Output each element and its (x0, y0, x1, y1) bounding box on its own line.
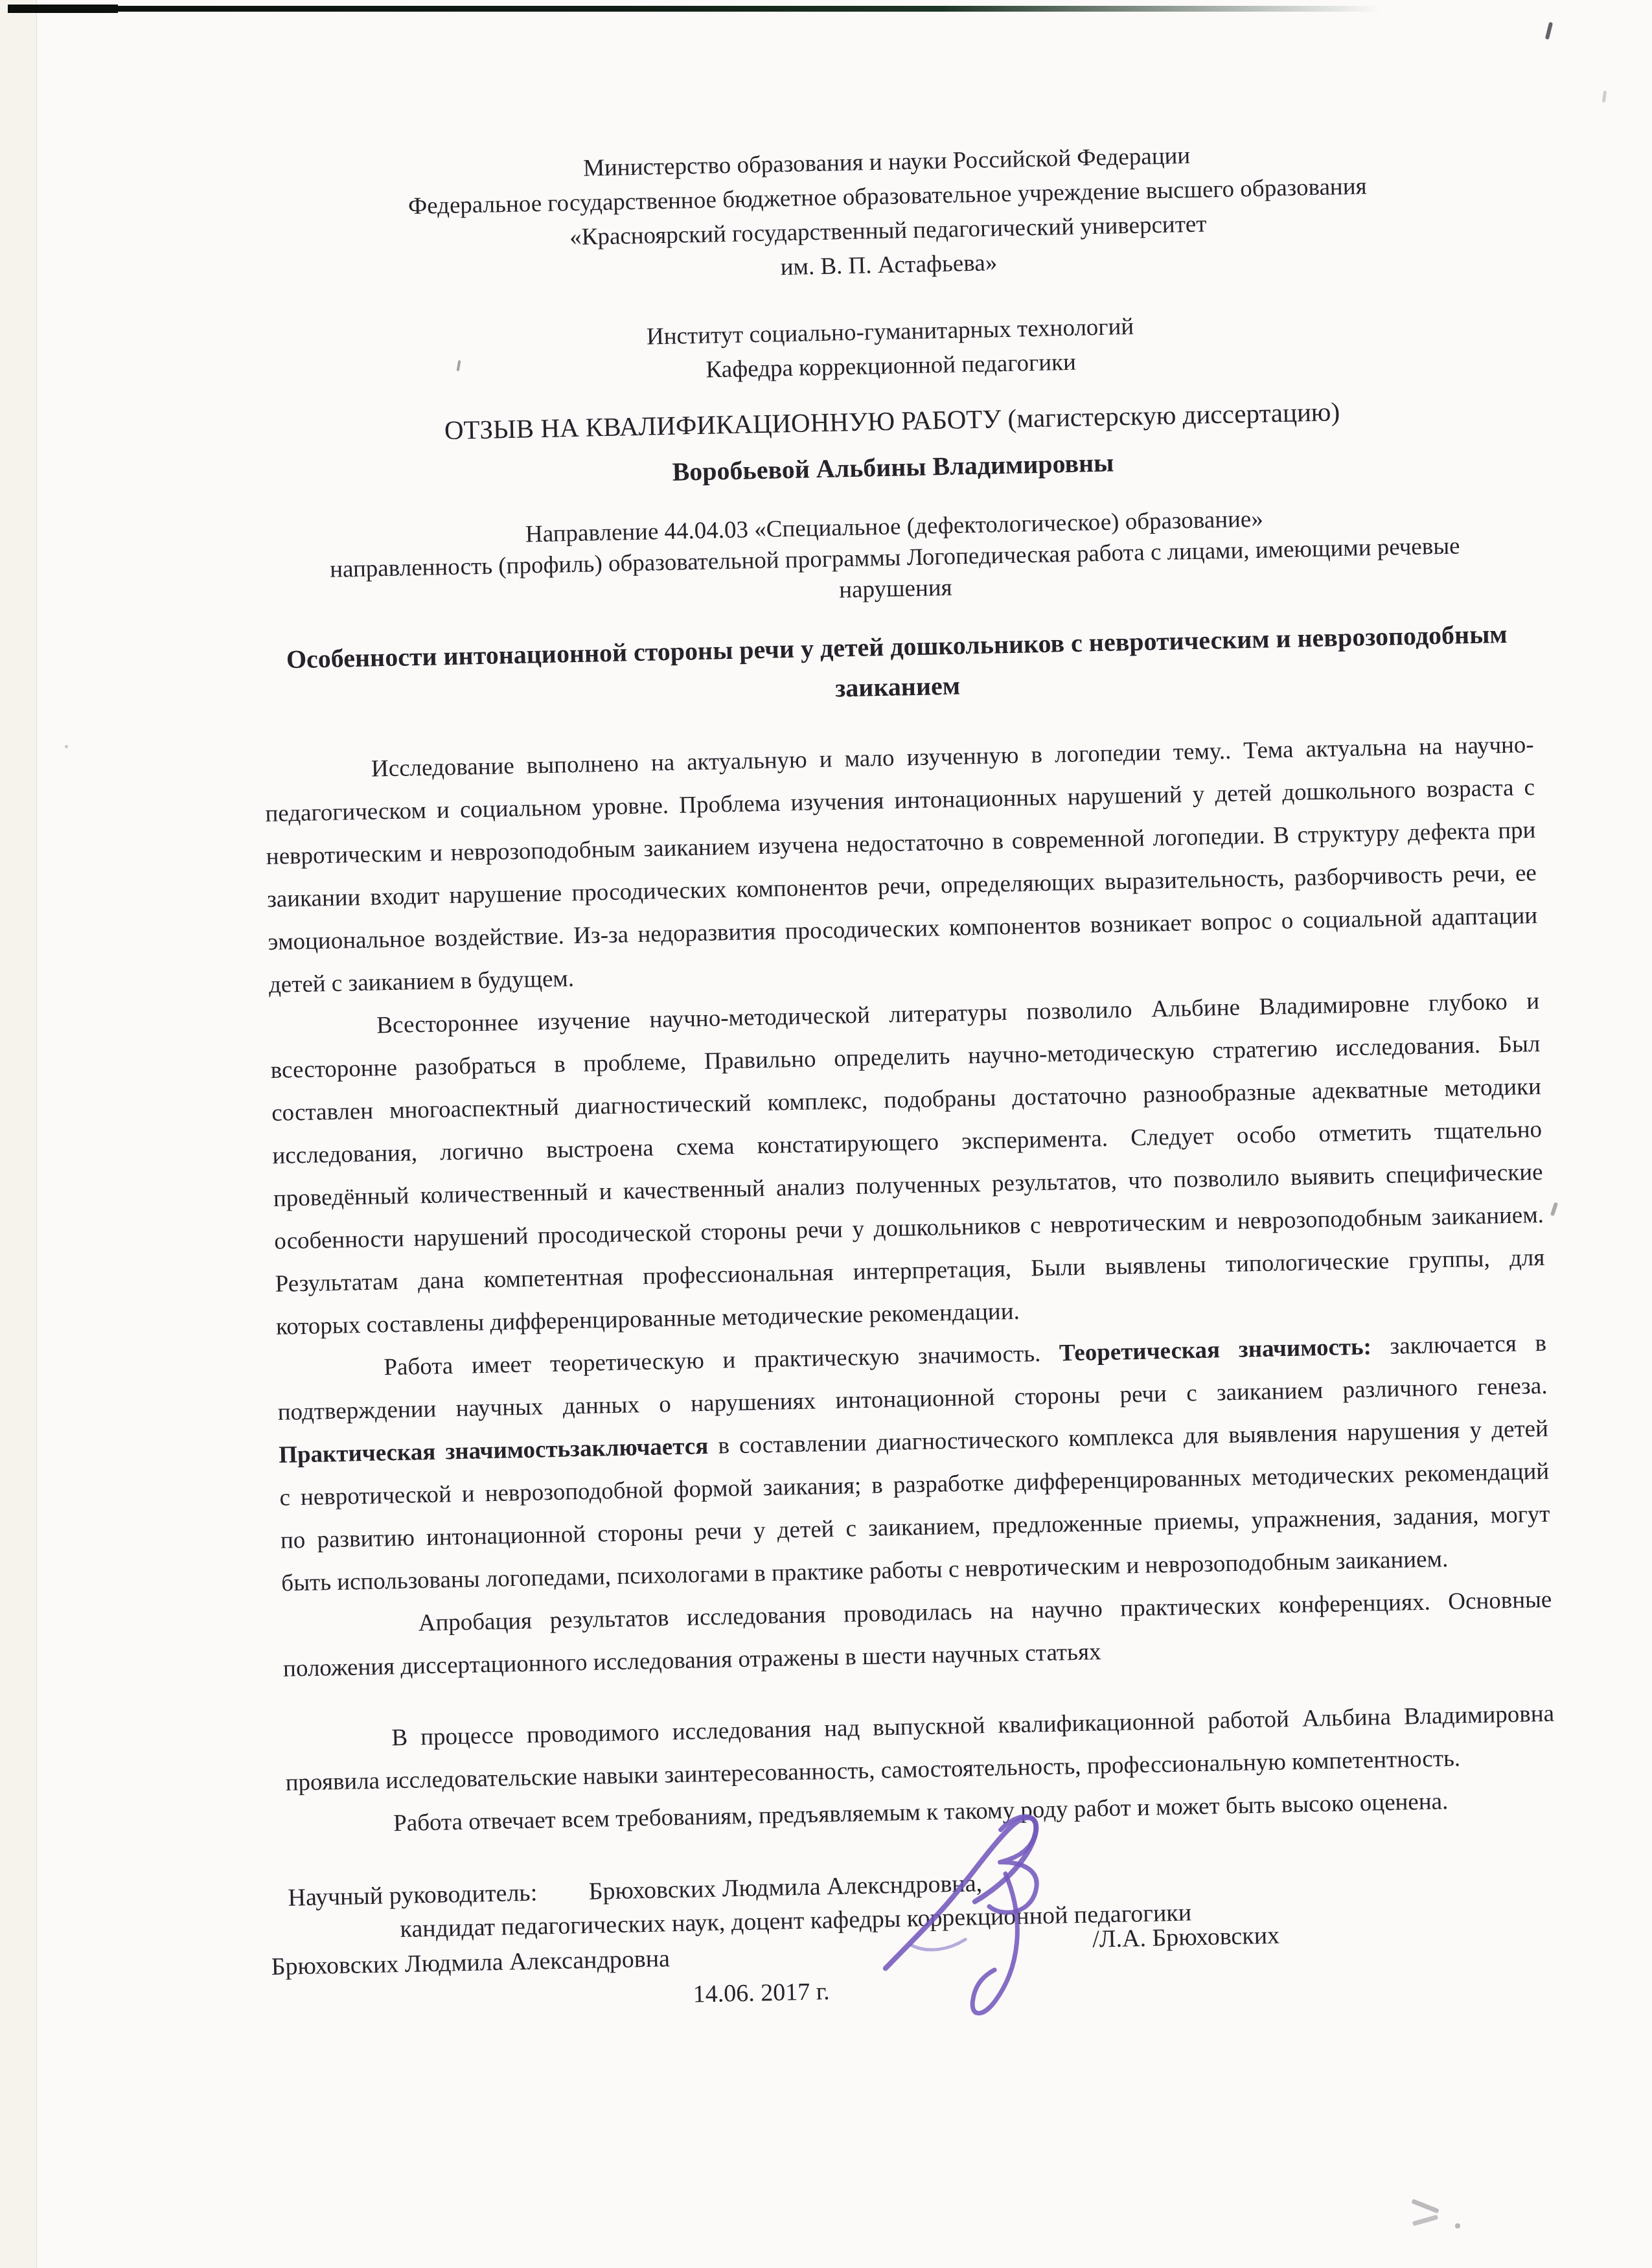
pencil-chevron-mark (1411, 2199, 1439, 2214)
pencil-chevron-mark-2 (1412, 2215, 1438, 2227)
document-content: Министерство образования и науки Российс… (0, 0, 1652, 2025)
thesis-title: Особенности интонационной стороны речи у… (0, 611, 1643, 726)
scan-speck-left-margin (65, 745, 68, 748)
pencil-dot-mark (1455, 2223, 1460, 2228)
supervisor-label: Научный руководитель: (288, 1876, 538, 1915)
paragraph-significance: Работа имеет теоретическую и практическу… (277, 1322, 1552, 1605)
signature-block: Научный руководитель: Брюховских Людмила… (16, 1852, 1652, 2025)
program-info: Направление 44.04.03 «Специальное (дефек… (0, 496, 1641, 624)
review-body: Исследование выполнено на актуальную и м… (0, 721, 1652, 1853)
signature-caption: /Л.А. Брюховских (1092, 1919, 1280, 1956)
institute-header: Институт социально-гуманитарных технолог… (0, 299, 1636, 402)
paragraph-methodology: Всестороннее изучение научно-методическо… (270, 980, 1546, 1349)
paragraph-relevance: Исследование выполнено на актуальную и м… (264, 724, 1539, 1007)
handwritten-signature-ink (871, 1794, 1096, 2032)
ministry-header: Министерство образования и науки Российс… (0, 130, 1634, 301)
scanned-review-document: Министерство образования и науки Российс… (0, 0, 1652, 2268)
supervisor-full-name: Брюховских Людмила Александровна (271, 1945, 670, 1980)
